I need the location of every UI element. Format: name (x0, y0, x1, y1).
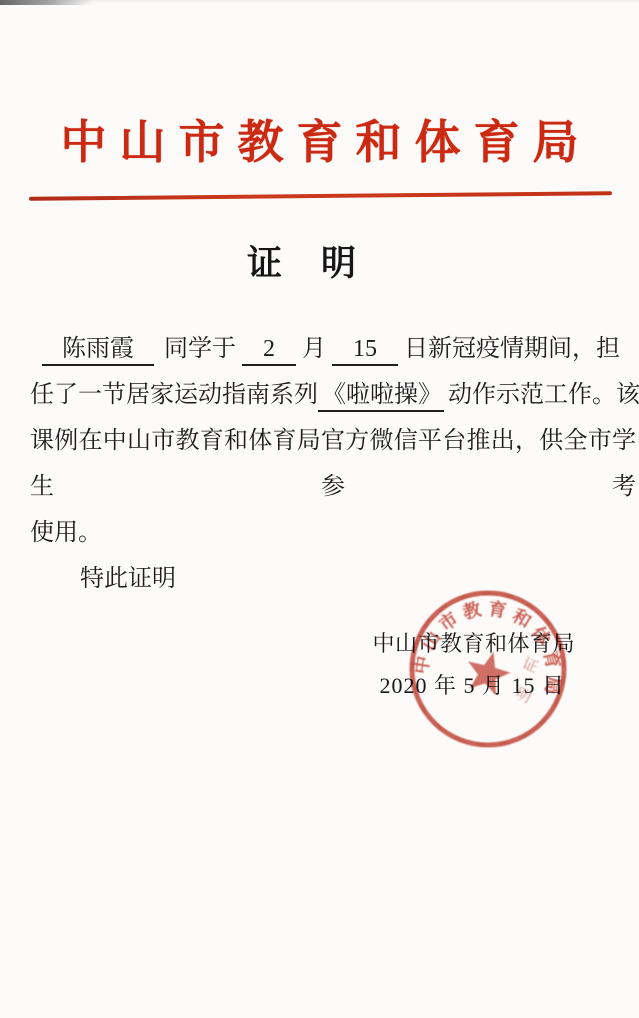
letterhead-rule (29, 191, 612, 201)
seal-star-icon (462, 646, 515, 698)
scan-top-shading (0, 0, 639, 3)
body-line-4: 使用。 (30, 510, 636, 556)
official-seal: 中山市教育和体育局 证 明 (398, 579, 578, 759)
body-line2-tail: 动作示范工作。该教学 (448, 382, 639, 408)
certificate-page: 中山市教育和体育局 证 明 陈雨霞同学于2月15日新冠疫情期间，担 任了一节居家… (0, 0, 639, 1018)
document-title: 证 明 (0, 236, 622, 286)
seal-side-glyph-2: 明 (513, 685, 534, 707)
body-line1-mid1: 同学于 (164, 336, 236, 362)
letterhead-title: 中山市教育和体育局 (0, 106, 639, 172)
month-value-underlined: 2 (242, 334, 296, 366)
body-line-1: 陈雨霞同学于2月15日新冠疫情期间，担 (30, 326, 636, 372)
series-title-underlined: 《啦啦操》 (318, 380, 444, 412)
student-name-underlined: 陈雨霞 (42, 334, 154, 366)
body-line-2: 任了一节居家运动指南系列《啦啦操》动作示范工作。该教学 (30, 372, 636, 418)
seal-side-glyph-1: 证 (520, 655, 540, 677)
body-paragraph: 陈雨霞同学于2月15日新冠疫情期间，担 任了一节居家运动指南系列《啦啦操》动作示… (30, 326, 636, 602)
day-value-underlined: 15 (332, 334, 398, 366)
body-line1-tail: 日新冠疫情期间，担 (404, 336, 620, 362)
body-line2-lead: 任了一节居家运动指南系列 (30, 382, 318, 408)
body-line-3: 课例在中山市教育和体育局官方微信平台推出，供全市学生参考 (30, 418, 636, 510)
month-label: 月 (302, 336, 326, 362)
